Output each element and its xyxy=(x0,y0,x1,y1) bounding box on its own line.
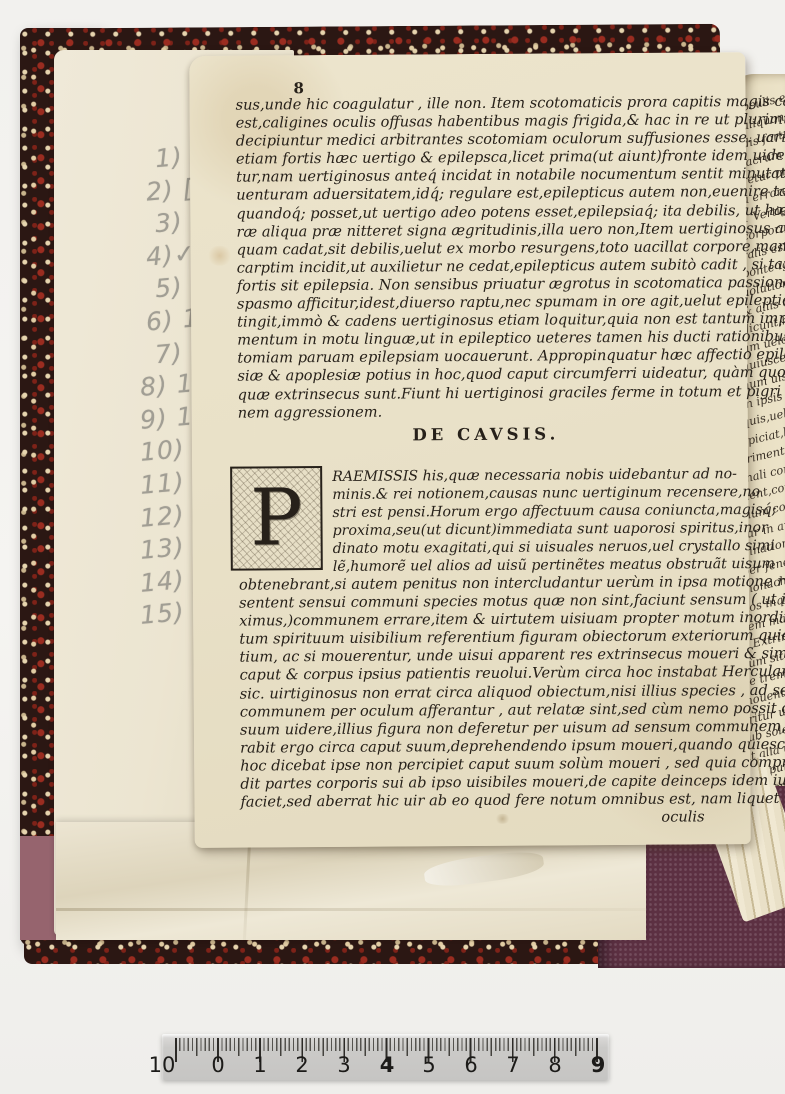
folio-page-number: 8 xyxy=(293,79,304,97)
catchword: oculis xyxy=(241,808,705,828)
ruler-number: 4 xyxy=(380,1053,395,1077)
woodcut-initial-P: P xyxy=(230,466,323,571)
ruler-number: 7 xyxy=(506,1053,519,1077)
ruler-number: 10 xyxy=(149,1053,176,1077)
ruler-number: 9 xyxy=(591,1053,606,1077)
printed-text-line: nem aggressionem. xyxy=(238,401,734,423)
section-heading-de-causis: DE CAVSIS. xyxy=(238,423,734,445)
ruler-number: 5 xyxy=(422,1053,435,1077)
paragraph-de-causis-body: obtenebrant,si autem penitus non intercl… xyxy=(239,573,737,812)
ruler-number: 8 xyxy=(548,1053,561,1077)
ruler-number-labels: 012345678910 xyxy=(162,1034,609,1080)
paragraph-scotoma-discussion: sus,unde hic coagulatur , ille non. Item… xyxy=(236,93,734,422)
paper-stain xyxy=(207,246,233,266)
ruler-number: 0 xyxy=(211,1053,224,1077)
paper-fold-highlight xyxy=(423,848,545,890)
measuring-ruler-cm: 012345678910 xyxy=(162,1034,609,1080)
ruler-number: 1 xyxy=(253,1053,266,1077)
paragraph-de-causis-opening: RAEMISSIS his,quæ necessaria nobis uideb… xyxy=(332,465,735,576)
printed-text-line: quæ extrinsecus sunt.Fiunt hi uertiginos… xyxy=(238,383,734,405)
ruler-number: 2 xyxy=(295,1053,308,1077)
dropcap-letter: P xyxy=(250,479,303,557)
paper-fold-crease xyxy=(56,908,646,911)
ruler-number: 3 xyxy=(337,1053,350,1077)
printed-book-page: 8 sus,unde hic coagulatur , ille non. It… xyxy=(189,52,751,848)
ruler-number: 6 xyxy=(464,1053,477,1077)
